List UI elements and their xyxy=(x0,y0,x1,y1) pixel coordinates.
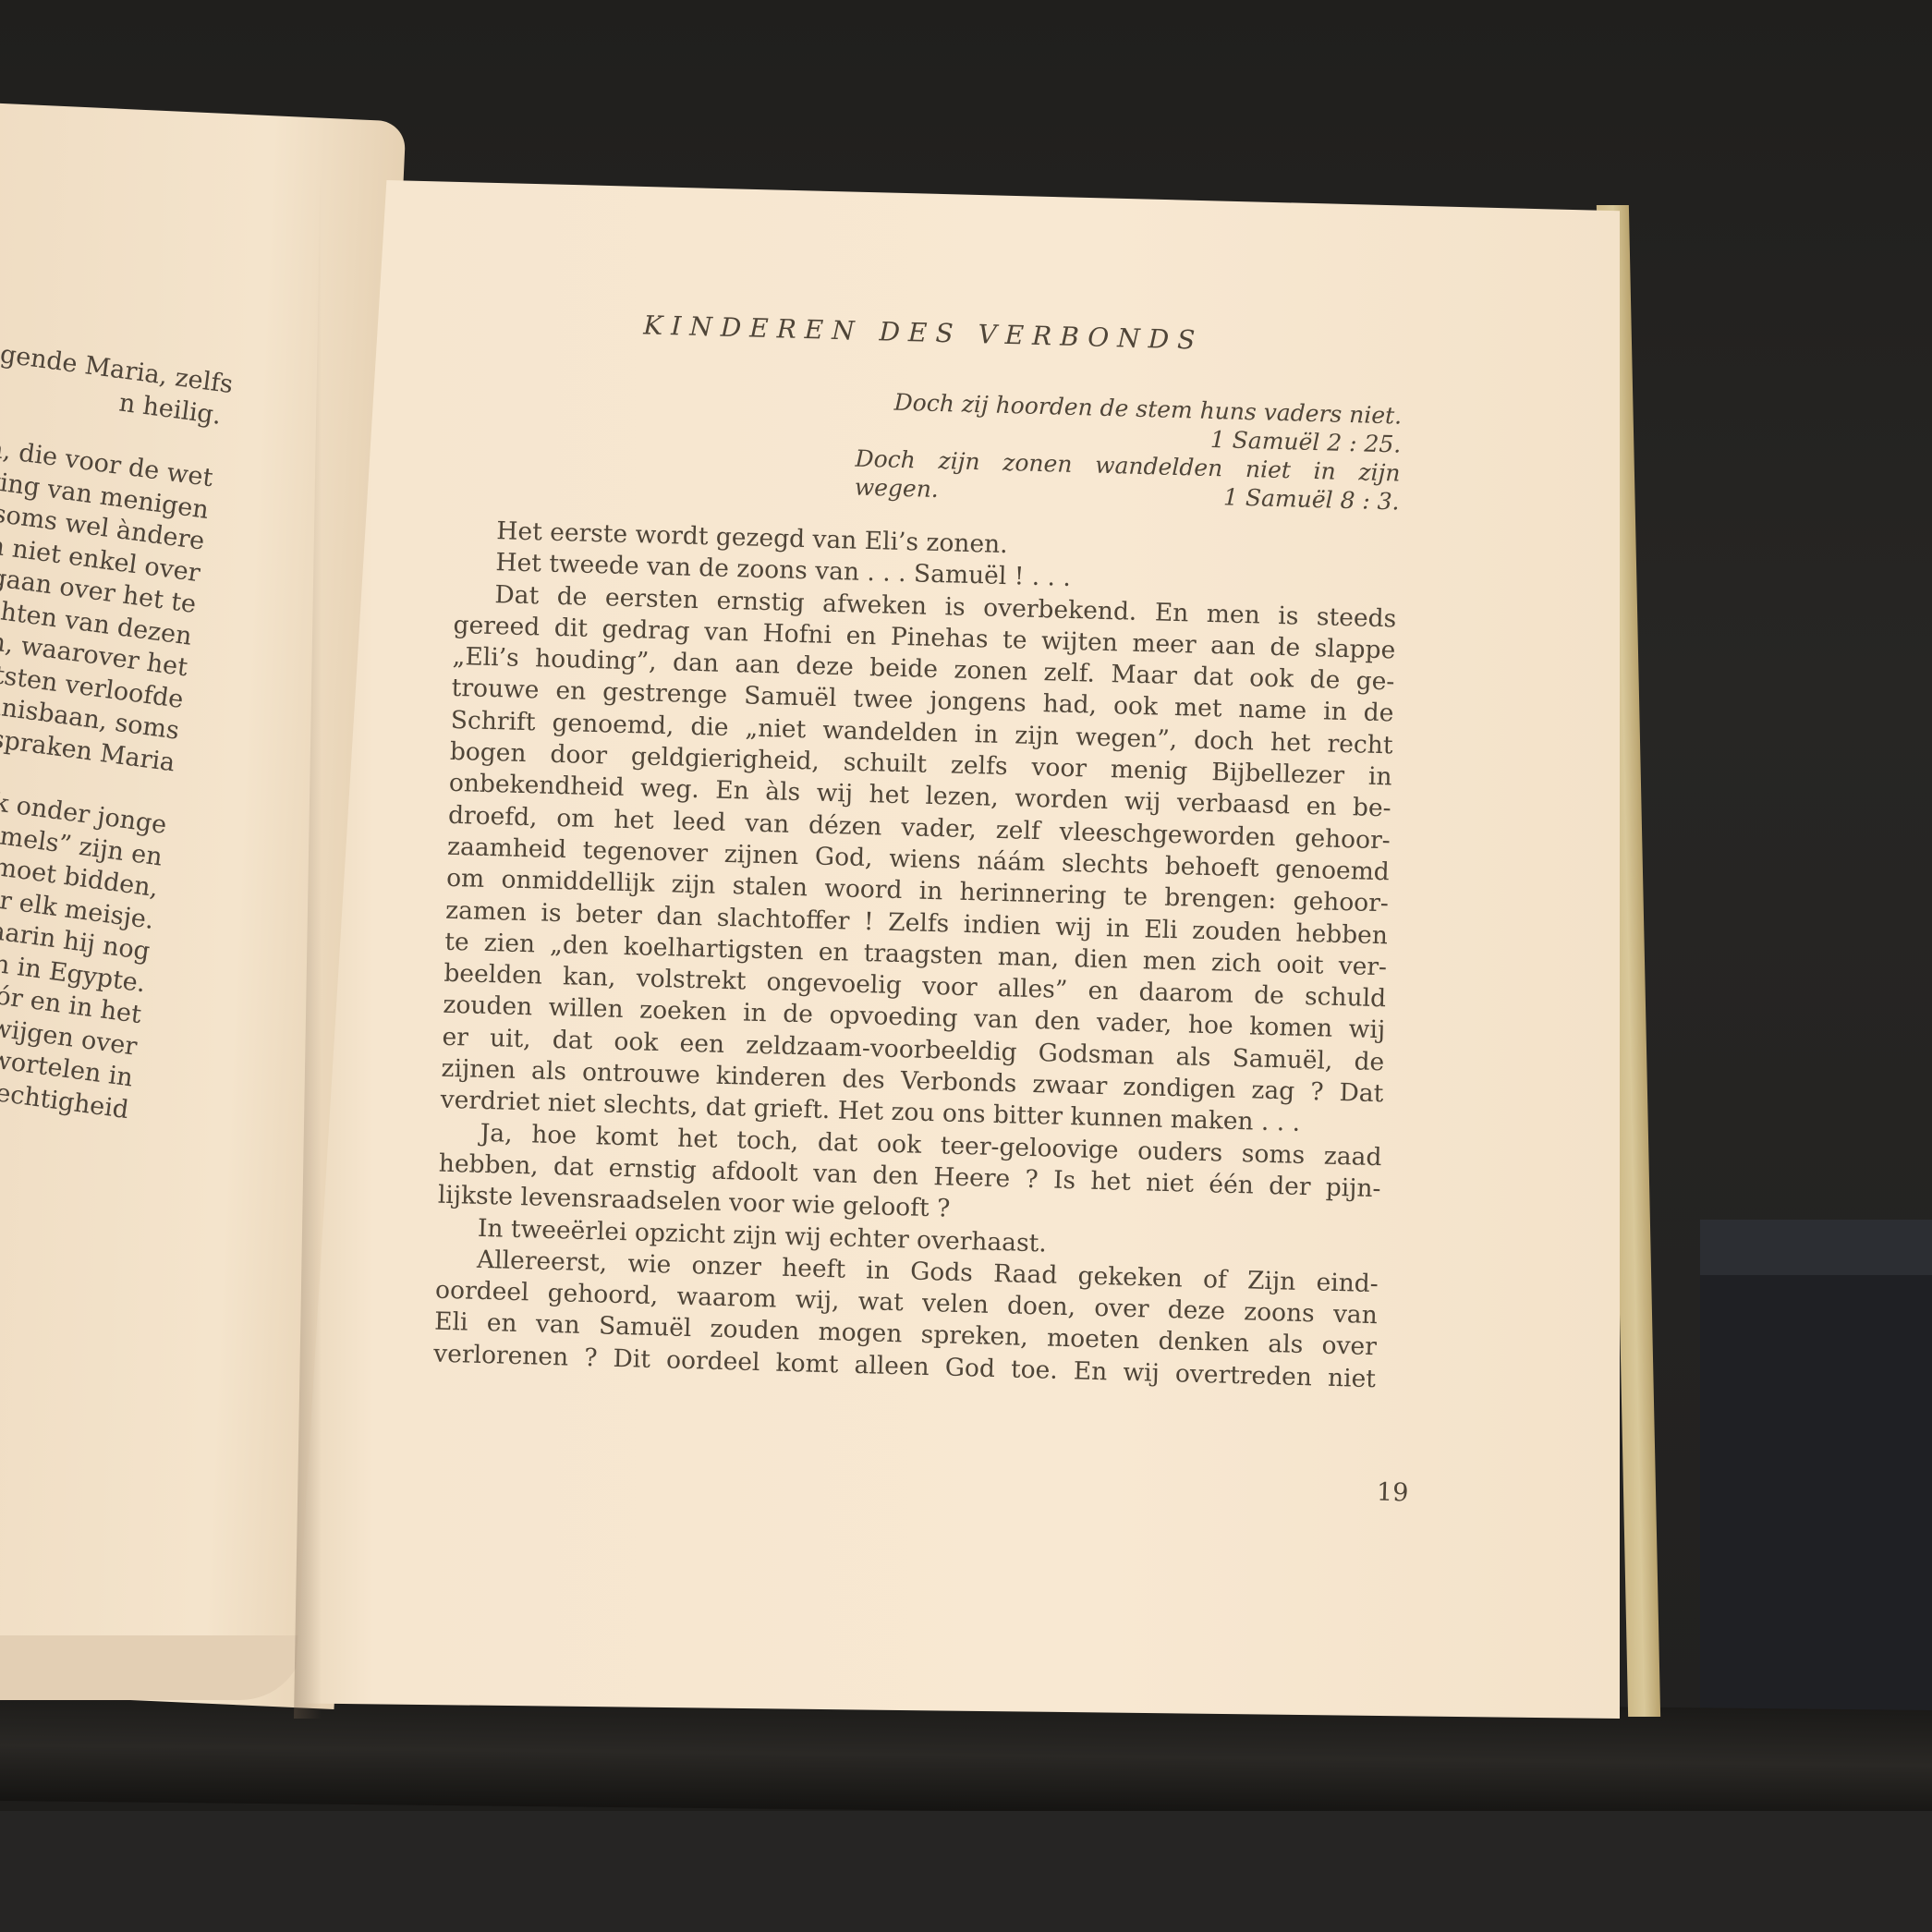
left-page-text: zwijgende Maria, zelfsn heilig.fden, die… xyxy=(0,333,227,1126)
epigraph-2-ref: 1 Samuël 8 : 3. xyxy=(1223,482,1400,516)
page-number: 19 xyxy=(1377,1478,1409,1508)
table-front xyxy=(0,1811,1932,1932)
bench-ledge xyxy=(1700,1220,1932,1275)
left-page-curl xyxy=(0,1635,305,1700)
bench-side xyxy=(1700,1275,1932,1719)
body-text: Het eerste wordt gezegd van Eli’s zonen.… xyxy=(433,515,1408,1396)
epigraph: Doch zij hoorden de stem huns vaders nie… xyxy=(854,387,1402,516)
right-page-content: KINDEREN DES VERBONDS Doch zij hoorden d… xyxy=(433,305,1414,1395)
epigraph-2-text-cont: wegen. xyxy=(854,473,939,504)
